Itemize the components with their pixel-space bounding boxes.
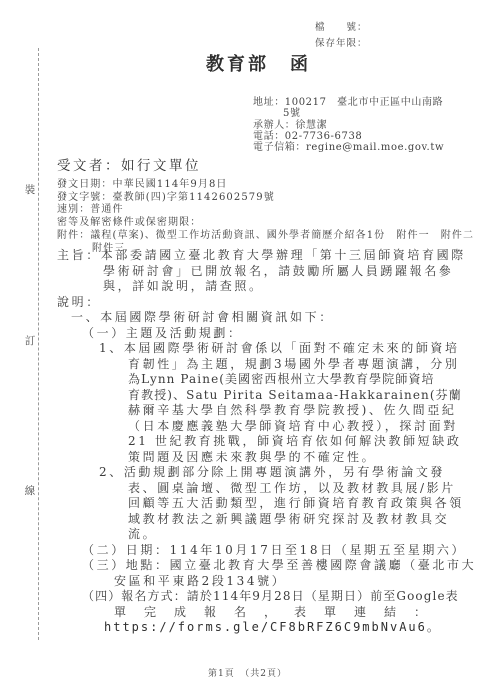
text-line: 表、圓桌論壇、微型工作坊，以及教材教具展/影片: [0, 481, 495, 497]
text-line: 1、本屆國際學術研討會係以「面對不確定未來的師資培: [0, 341, 495, 357]
text-line: 單完成報名，表單連結：: [0, 605, 495, 621]
retention-period-label: 保存年限：: [315, 36, 368, 52]
text-line: 一、本屆國際學術研討會相關資訊如下：: [0, 310, 495, 326]
text-line: 發文字號：臺教師(四)字第1142602579號: [0, 192, 495, 205]
text-line: 21 世紀教育挑戰，師資培育依如何解決教師短缺政: [0, 434, 495, 450]
text-line: 附件：議程(草案)、微型工作坊活動資訊、國外學者簡歷介紹各1份 附件一 附件二: [0, 230, 495, 243]
agency-contact-block: 地址：100217 臺北市中正區中山南路5號承辦人：徐慧潔電話：02-7736-…: [253, 97, 444, 153]
text-line: 發文日期：中華民國114年9月8日: [0, 179, 495, 192]
text-line: 2、活動規劃部分除上開專題演講外，另有學術論文發: [0, 465, 495, 481]
text-line: （四）報名方式：請於114年9月28日（星期日）前至Google表: [0, 589, 495, 605]
text-line: 密等及解密條件或保密期限：: [0, 217, 495, 230]
page-footer: 第1頁 （共2頁）: [0, 666, 495, 679]
document-title: 教育部 函: [206, 50, 311, 76]
text-line: （一）主題及活動規劃：: [0, 326, 495, 342]
file-reference-block: 檔 號： 保存年限：: [315, 20, 368, 52]
text-line: 電子信箱：regine@mail.moe.gov.tw: [253, 142, 444, 153]
text-line: 回顧等五大活動類型，進行師資培育教育政策與各領: [0, 496, 495, 512]
text-line: 承辦人：徐慧潔: [253, 120, 444, 131]
recipient-line: 受文者：如行文單位: [57, 154, 201, 174]
text-line: 地址：100217 臺北市中正區中山南路: [253, 97, 444, 108]
text-line: 域教材教法之新興議題學術研究探討及教材教具交: [0, 512, 495, 528]
document-body: 主旨：本部委請國立臺北教育大學辦理「第十三屆師資培育國際學術研討會」已開放報名，…: [0, 248, 495, 636]
text-line: （二）日期：114年10月17日至18日（星期五至星期六）: [0, 543, 495, 559]
text-line: 與，詳如說明，請查照。: [0, 279, 495, 295]
text-line: 主旨：本部委請國立臺北教育大學辦理「第十三屆師資培育國際: [0, 248, 495, 264]
text-line: 說明：: [0, 295, 495, 311]
text-line: 策問題及因應未來教與學的不確定性。: [0, 450, 495, 466]
text-line: 學術研討會」已開放報名，請鼓勵所屬人員踴躍報名參: [0, 264, 495, 280]
text-line: （日本慶應義塾大學師資培育中心教授），探討面對: [0, 419, 495, 435]
text-line: 育教授)、Satu Pirita Seitamaa-Hakkarainen(芬蘭: [0, 388, 495, 404]
registration-url-link[interactable]: https://forms.gle/CF8bRFZ6C9mbNvAu6。: [0, 620, 495, 636]
text-line: 赫爾辛基大學自然科學教育學院教授)、佐久間亞紀: [0, 403, 495, 419]
text-line: 流。: [0, 527, 495, 543]
text-line: 5號: [253, 108, 444, 119]
text-line: 育韌性」為主題，規劃3場國外學者專題演講，分別: [0, 357, 495, 373]
text-line: 安區和平東路2段134號）: [0, 574, 495, 590]
file-number-label: 檔 號：: [315, 20, 368, 36]
document-page: 裝 訂 線 檔 號： 保存年限： 教育部 函 地址：100217 臺北市中正區中…: [0, 0, 495, 700]
text-line: 電話：02-7736-6738: [253, 131, 444, 142]
document-meta-block: 發文日期：中華民國114年9月8日發文字號：臺教師(四)字第1142602579…: [0, 179, 495, 255]
text-line: （三）地點：國立臺北教育大學至善樓國際會議廳（臺北市大: [0, 558, 495, 574]
text-line: 為Lynn Paine(美國密西根州立大學教育學院師資培: [0, 372, 495, 388]
text-line: 速別：普通件: [0, 204, 495, 217]
